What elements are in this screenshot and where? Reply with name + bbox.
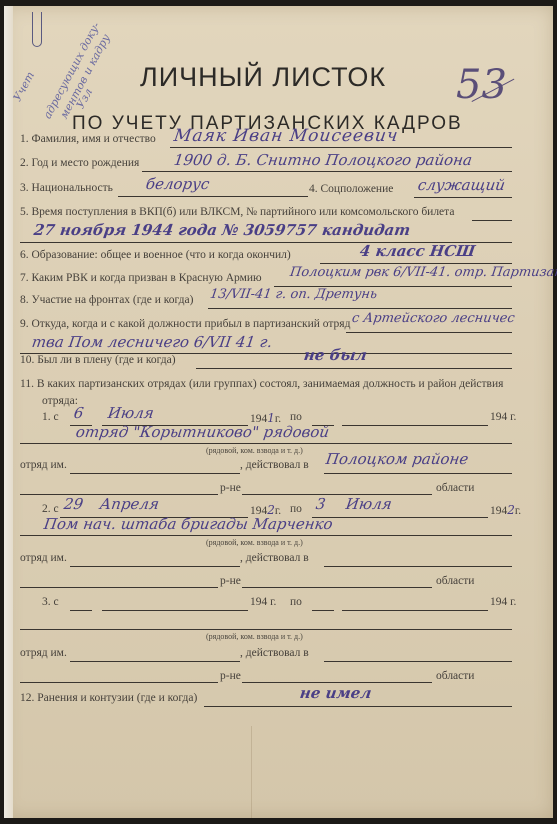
entry-3-year-prefix: 194 (250, 596, 267, 608)
field-12-line (204, 706, 512, 707)
entry-2-position[interactable]: Пом нач. штаба бригады Марченко (43, 515, 334, 533)
field-8-line (208, 308, 512, 309)
field-3-label: 3. Национальность (20, 182, 113, 194)
entry-3-oblast-line (242, 682, 432, 683)
field-9-line-a (346, 332, 512, 333)
entry-2-from-month[interactable]: Апреля (99, 495, 161, 513)
margin-note-1: Учет (11, 69, 37, 103)
entry-3-to-day-line (312, 610, 334, 611)
entry-1-acted-in[interactable]: Полоцком районе (325, 450, 470, 468)
field-2-value[interactable]: 1900 д. Б. Снитно Полоцкого района (173, 151, 474, 169)
entry-1-position-hint: (рядовой, ком. взвода и т. д.) (206, 446, 303, 455)
entry-3-year-g: г. (270, 596, 276, 608)
field-1-label: 1. Фамилия, имя и отчество (20, 133, 156, 145)
entry-1-position-line (20, 443, 512, 444)
field-1-value[interactable]: Маяк Иван Моисеевич (173, 126, 400, 146)
entry-1-from-day[interactable]: 6 (73, 404, 85, 422)
entry-1-raion-label: р-не (220, 482, 241, 494)
entry-3-from-day-line (70, 610, 92, 611)
field-7-label: 7. Каким РВК и когда призван в Красную А… (20, 272, 262, 284)
entry-2-otryad-line (70, 566, 240, 567)
entry-1-oblast-label: области (436, 482, 474, 494)
entry-3-to-month-line (342, 610, 488, 611)
field-12-label: 12. Ранения и контузии (где и когда) (20, 692, 197, 704)
entry-1-num: 1. с (42, 411, 59, 423)
field-4-label: 4. Соцположение (309, 183, 393, 195)
document-title: ЛИЧНЫЙ ЛИСТОК (140, 62, 386, 93)
entry-1-po: по (290, 411, 302, 423)
entry-3-position-hint: (рядовой, ком. взвода и т. д.) (206, 632, 303, 641)
field-7-value[interactable]: Полоцким рвк 6/VII-41. отр. Партизан (289, 265, 557, 280)
field-9-value-line2[interactable]: тва Пом лесничего 6/VII 41 г. (31, 333, 274, 351)
field-9-label: 9. Откуда, когда и с какой должности при… (20, 318, 350, 330)
entry-3-num: 3. с (42, 596, 59, 608)
entry-1-to-year-prefix: 194 (490, 411, 507, 423)
entry-2-acted-label: , действовал в (240, 552, 309, 564)
entry-2-to-year-g: г. (515, 505, 521, 517)
paper-edge (4, 6, 13, 818)
entry-1-to-year-g: г. (510, 411, 516, 423)
entry-2-oblast-line (242, 587, 432, 588)
entry-3-raion-label: р-не (220, 670, 241, 682)
field-2-label: 2. Год и место рождения (20, 157, 139, 169)
field-10-label: 10. Был ли в плену (где и когда) (20, 354, 176, 366)
entry-1-otryad-line (70, 473, 240, 474)
field-6-label: 6. Образование: общее и военное (что и к… (20, 249, 291, 261)
field-11-label-2: отряда: (42, 395, 78, 407)
document-sheet: Учет адресующих доку- ментов и кадру Узл… (4, 6, 553, 818)
entry-2-position-hint: (рядовой, ком. взвода и т. д.) (206, 538, 303, 547)
entry-2-to-month[interactable]: Июля (345, 495, 393, 513)
field-6-line (320, 263, 512, 264)
entry-3-acted-label: , действовал в (240, 647, 309, 659)
field-6-value[interactable]: 4 класс НСШ (359, 242, 477, 260)
field-5-label: 5. Время поступления в ВКП(б) или ВЛКСМ,… (20, 206, 454, 218)
field-9-value-line1[interactable]: с Артейского лесничес (351, 311, 516, 326)
field-12-value[interactable]: не имел (299, 684, 373, 702)
field-5-line-a (472, 220, 512, 221)
field-2-line (142, 171, 512, 172)
entry-3-po: по (290, 596, 302, 608)
entry-2-raion-line (20, 587, 218, 588)
field-4-value[interactable]: служащий (417, 176, 507, 194)
entry-2-to-year-suffix[interactable]: 2 (507, 503, 515, 517)
paper-fold (251, 726, 252, 818)
entry-1-acted-line (324, 473, 512, 474)
entry-2-to-line (312, 517, 488, 518)
field-10-line (196, 368, 512, 369)
entry-2-raion-label: р-не (220, 575, 241, 587)
entry-2-position-line (20, 535, 512, 536)
field-1-line (170, 147, 512, 148)
field-3-value[interactable]: белорус (145, 175, 211, 193)
entry-2-to-year-prefix: 194 (490, 505, 507, 517)
entry-2-po: по (290, 503, 302, 515)
entry-1-from-month[interactable]: Июля (107, 404, 155, 422)
entry-3-oblast-label: области (436, 670, 474, 682)
entry-1-oblast-line (242, 494, 432, 495)
entry-1-otryad-label: отряд им. (20, 459, 67, 471)
entry-3-to-year-g: г. (510, 596, 516, 608)
entry-3-raion-line (20, 682, 218, 683)
entry-2-from-day[interactable]: 29 (63, 495, 85, 513)
entry-3-otryad-label: отряд им. (20, 647, 67, 659)
field-4-line (414, 197, 512, 198)
entry-3-acted-line (324, 661, 512, 662)
entry-3-position-line (20, 629, 512, 630)
field-8-value[interactable]: 13/VII-41 г. оп. Дретунь (209, 287, 378, 302)
entry-2-acted-line (324, 566, 512, 567)
entry-2-oblast-label: области (436, 575, 474, 587)
entry-1-acted-label: , действовал в (240, 459, 309, 471)
field-8-label: 8. Участие на фронтах (где и когда) (20, 294, 193, 306)
field-10-value[interactable]: не был (303, 346, 368, 364)
field-3-line (118, 196, 308, 197)
entry-3-from-month-line (102, 610, 248, 611)
entry-3-to-year-prefix: 194 (490, 596, 507, 608)
entry-3-otryad-line (70, 661, 240, 662)
entry-2-otryad-label: отряд им. (20, 552, 67, 564)
paperclip-mark (32, 12, 42, 47)
entry-2-num: 2. с (42, 503, 59, 515)
entry-1-position[interactable]: отряд "Корытниково" рядовой (75, 423, 331, 441)
field-11-label: 11. В каких партизанских отрядах (или гр… (20, 378, 503, 390)
field-5-value[interactable]: 27 ноября 1944 года № 3059757 кандидат (33, 221, 412, 239)
entry-1-to-month-line (342, 425, 488, 426)
entry-2-to-day[interactable]: 3 (315, 495, 327, 513)
